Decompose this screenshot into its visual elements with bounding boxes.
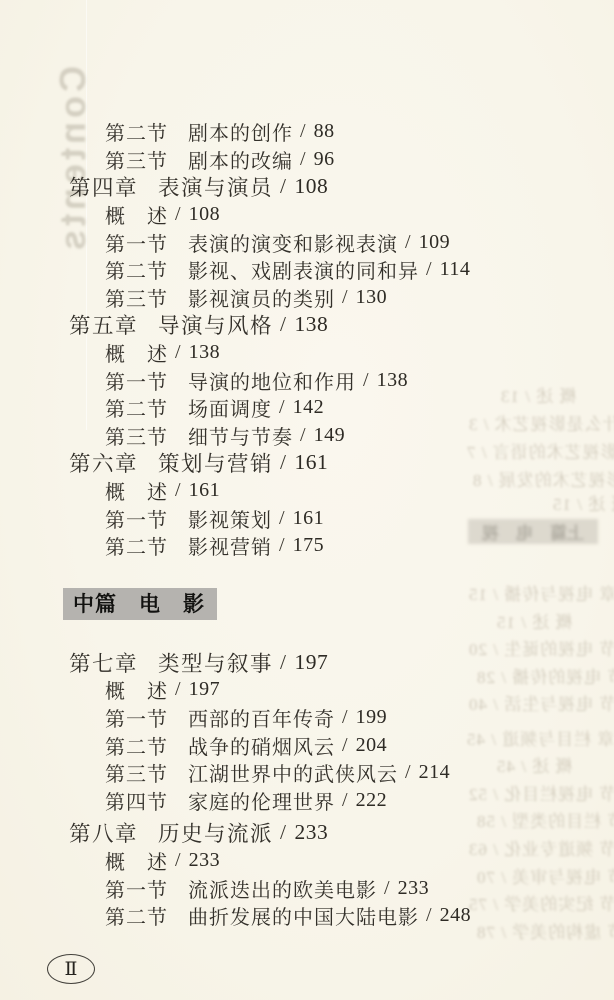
toc-separator: /: [342, 734, 349, 757]
toc-page-number: 109: [419, 231, 451, 254]
toc-separator: /: [279, 507, 286, 530]
toc-entry: 第三节细节与节奏/149: [0, 422, 614, 450]
toc-page-number: 88: [314, 120, 335, 143]
toc-entry-label: 第六章: [69, 447, 138, 478]
toc-page-number: 175: [293, 534, 325, 557]
toc-entry-title: 导演的地位和作用: [188, 366, 356, 395]
toc-separator: /: [426, 258, 433, 281]
toc-separator: /: [280, 312, 287, 337]
toc-entry-title: 场面调度: [188, 393, 272, 422]
toc-entry-label: 第一节: [105, 703, 168, 732]
toc-entry-label: 第一节: [105, 228, 168, 257]
toc-entry-title: 导演与风格: [158, 309, 273, 340]
toc-entry-label: 第二节: [105, 393, 168, 422]
toc-entry-overview: 概 述/161: [0, 477, 614, 505]
toc-entry-label: 概 述: [105, 200, 168, 229]
toc-entry: 第一节西部的百年传奇/199: [0, 704, 614, 732]
folio-oval: Ⅱ: [47, 954, 95, 984]
toc-separator: /: [279, 534, 286, 557]
toc-separator: /: [175, 479, 182, 502]
toc-separator: /: [342, 789, 349, 812]
toc-page-number: 138: [295, 312, 329, 337]
toc-entry: 第三节影视演员的类别/130: [0, 284, 614, 312]
toc-separator: /: [280, 650, 287, 675]
toc-page-number: 108: [189, 203, 221, 226]
toc-entry-title: 剧本的创作: [188, 117, 293, 146]
toc-entry: 第二节影视营销/175: [0, 532, 614, 560]
toc-entry-label: 概 述: [105, 675, 168, 704]
toc-entry-title: 西部的百年传奇: [188, 703, 335, 732]
toc-entry-title: 战争的硝烟风云: [188, 731, 335, 760]
toc-entry-title: 影视、戏剧表演的同和异: [188, 255, 419, 284]
toc-entry-chapter: 第五章导演与风格/138: [0, 311, 614, 339]
toc-page-number: 138: [189, 341, 221, 364]
toc-page-number: 130: [356, 286, 388, 309]
toc-entry-title: 策划与营销: [158, 447, 273, 478]
toc-entry: 第三节剧本的改编/96: [0, 146, 614, 174]
toc-page-number: 161: [189, 479, 221, 502]
toc-separator: /: [175, 341, 182, 364]
toc-entry-label: 第四章: [69, 171, 138, 202]
toc-separator: /: [280, 174, 287, 199]
toc-entry-label: 第三节: [105, 283, 168, 312]
toc-entry-overview: 概 述/197: [0, 676, 614, 704]
folio-page-number: Ⅱ: [65, 958, 78, 981]
toc-entry: 第一节表演的演变和影视表演/109: [0, 228, 614, 256]
toc-separator: /: [175, 849, 182, 872]
toc-page-number: 214: [419, 761, 451, 784]
toc-entry-title: 影视演员的类别: [188, 283, 335, 312]
toc-entry-label: 第七章: [69, 647, 138, 678]
toc-entry: 第四节家庭的伦理世界/222: [0, 786, 614, 814]
toc-separator: /: [175, 203, 182, 226]
part-header-badge: 中篇 电 影: [63, 588, 217, 620]
toc-page-number: 248: [440, 904, 472, 927]
toc-page-number: 233: [189, 849, 221, 872]
toc-entry-label: 第二节: [105, 901, 168, 930]
toc-separator: /: [300, 120, 307, 143]
toc-separator: /: [384, 877, 391, 900]
toc-entry-label: 第八章: [69, 817, 138, 848]
toc-separator: /: [279, 396, 286, 419]
toc-page-number: 138: [377, 369, 409, 392]
toc-entry-title: 曲折发展的中国大陆电影: [188, 901, 419, 930]
toc-entry-title: 类型与叙事: [158, 647, 273, 678]
toc-entry-overview: 概 述/233: [0, 847, 614, 875]
toc-entry-title: 历史与流派: [158, 817, 273, 848]
toc-entry-chapter: 第八章历史与流派/233: [0, 819, 614, 847]
toc-separator: /: [426, 904, 433, 927]
toc-entry-title: 表演与演员: [158, 171, 273, 202]
toc-page-number: 197: [189, 678, 221, 701]
part-header-row: 中篇 电 影: [0, 588, 614, 618]
toc-entry: 第二节影视、戏剧表演的同和异/114: [0, 256, 614, 284]
toc-entry-label: 第一节: [105, 874, 168, 903]
toc-separator: /: [300, 424, 307, 447]
toc-entry-overview: 概 述/138: [0, 339, 614, 367]
toc-entry-chapter: 第六章策划与营销/161: [0, 449, 614, 477]
toc-entry-chapter: 第七章类型与叙事/197: [0, 649, 614, 677]
toc-entry-chapter: 第四章表演与演员/108: [0, 173, 614, 201]
toc-separator: /: [175, 678, 182, 701]
toc-entry-title: 江湖世界中的武侠风云: [188, 758, 398, 787]
toc-page-number: 197: [295, 650, 329, 675]
toc-page-number: 222: [356, 789, 388, 812]
toc-entry-title: 流派迭出的欧美电影: [188, 874, 377, 903]
toc-entry-title: 表演的演变和影视表演: [188, 228, 398, 257]
toc-entry-title: 细节与节奏: [188, 421, 293, 450]
toc-page-number: 108: [295, 174, 329, 199]
toc-entry-label: 第三节: [105, 145, 168, 174]
toc-page-number: 114: [440, 258, 471, 281]
toc-separator: /: [405, 761, 412, 784]
toc-entry: 第二节曲折发展的中国大陆电影/248: [0, 902, 614, 930]
toc-entry-label: 第五章: [69, 309, 138, 340]
toc-page-number: 161: [293, 507, 325, 530]
toc-entry-label: 第四节: [105, 786, 168, 815]
toc-entry-label: 第三节: [105, 758, 168, 787]
toc-entry: 第二节战争的硝烟风云/204: [0, 731, 614, 759]
toc-entry-label: 概 述: [105, 846, 168, 875]
toc-entry: 第一节影视策划/161: [0, 504, 614, 532]
toc-entry-label: 第二节: [105, 117, 168, 146]
toc-entry-title: 剧本的改编: [188, 145, 293, 174]
toc-entry-title: 家庭的伦理世界: [188, 786, 335, 815]
toc-separator: /: [342, 286, 349, 309]
toc-entry-label: 第二节: [105, 731, 168, 760]
toc-entry-label: 概 述: [105, 338, 168, 367]
toc-page-number: 204: [356, 734, 388, 757]
toc-separator: /: [363, 369, 370, 392]
toc-entry-label: 第二节: [105, 255, 168, 284]
toc-entry-title: 影视营销: [188, 531, 272, 560]
toc-page-number: 233: [398, 877, 430, 900]
toc-separator: /: [280, 450, 287, 475]
toc-list: 第二节剧本的创作/88 第三节剧本的改编/96 第四章表演与演员/108 概 述…: [0, 118, 614, 929]
toc-entry: 第二节剧本的创作/88: [0, 118, 614, 146]
toc-page: Contents 概 述 / 13 一、什么是影视艺术 / 3 二、影视艺术的语…: [0, 0, 614, 1000]
toc-entry-label: 第二节: [105, 531, 168, 560]
toc-page-number: 161: [295, 450, 329, 475]
toc-separator: /: [300, 148, 307, 171]
toc-entry: 第三节江湖世界中的武侠风云/214: [0, 759, 614, 787]
toc-entry-label: 第三节: [105, 421, 168, 450]
toc-entry: 第二节场面调度/142: [0, 394, 614, 422]
toc-entry-label: 第一节: [105, 504, 168, 533]
toc-separator: /: [342, 706, 349, 729]
toc-page-number: 96: [314, 148, 335, 171]
toc-separator: /: [280, 820, 287, 845]
toc-entry-label: 概 述: [105, 476, 168, 505]
toc-separator: /: [405, 231, 412, 254]
toc-page-number: 199: [356, 706, 388, 729]
toc-entry: 第一节流派迭出的欧美电影/233: [0, 874, 614, 902]
toc-page-number: 233: [295, 820, 329, 845]
toc-page-number: 142: [293, 396, 325, 419]
toc-entry-overview: 概 述/108: [0, 201, 614, 229]
toc-page-number: 149: [314, 424, 346, 447]
toc-entry-title: 影视策划: [188, 504, 272, 533]
toc-entry-label: 第一节: [105, 366, 168, 395]
toc-entry: 第一节导演的地位和作用/138: [0, 366, 614, 394]
